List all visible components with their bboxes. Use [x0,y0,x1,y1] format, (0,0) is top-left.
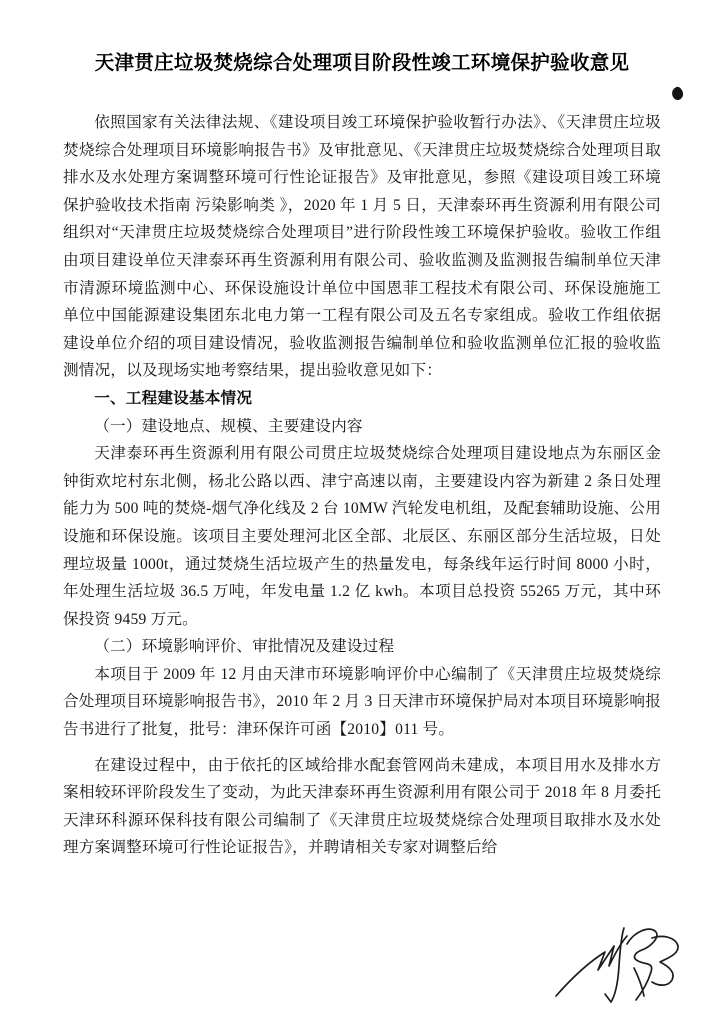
section-heading-1: 一、工程建设基本情况 [63,385,661,413]
paragraph-section-1-2-b: 在建设过程中，由于依托的区域给排水配套管网尚未建成，本项目用水及排水方案相较环评… [63,752,661,862]
document-title: 天津贯庄垃圾焚烧综合处理项目阶段性竣工环境保护验收意见 [63,50,661,76]
paragraph-section-1-1: 天津泰环再生资源利用有限公司贯庄垃圾焚烧综合处理项目建设地点为东丽区金钟街欢坨村… [63,440,661,633]
section-heading-1-1: （一）建设地点、规模、主要建设内容 [63,413,661,441]
paragraph-section-1-2-a: 本项目于 2009 年 12 月由天津市环境影响评价中心编制了《天津贯庄垃圾焚烧… [63,661,661,744]
signature-strokes [548,914,690,1008]
handwritten-signature [548,914,690,1008]
ink-blot-mark [670,86,685,102]
document-page: 天津贯庄垃圾焚烧综合处理项目阶段性竣工环境保护验收意见 依照国家有关法律法规、《… [0,0,718,1012]
section-heading-1-2: （二）环境影响评价、审批情况及建设过程 [63,633,661,661]
document-body: 依照国家有关法律法规、《建设项目竣工环境保护验收暂行办法》、《天津贯庄垃圾焚烧综… [63,109,661,862]
paragraph-intro: 依照国家有关法律法规、《建设项目竣工环境保护验收暂行办法》、《天津贯庄垃圾焚烧综… [63,109,661,385]
